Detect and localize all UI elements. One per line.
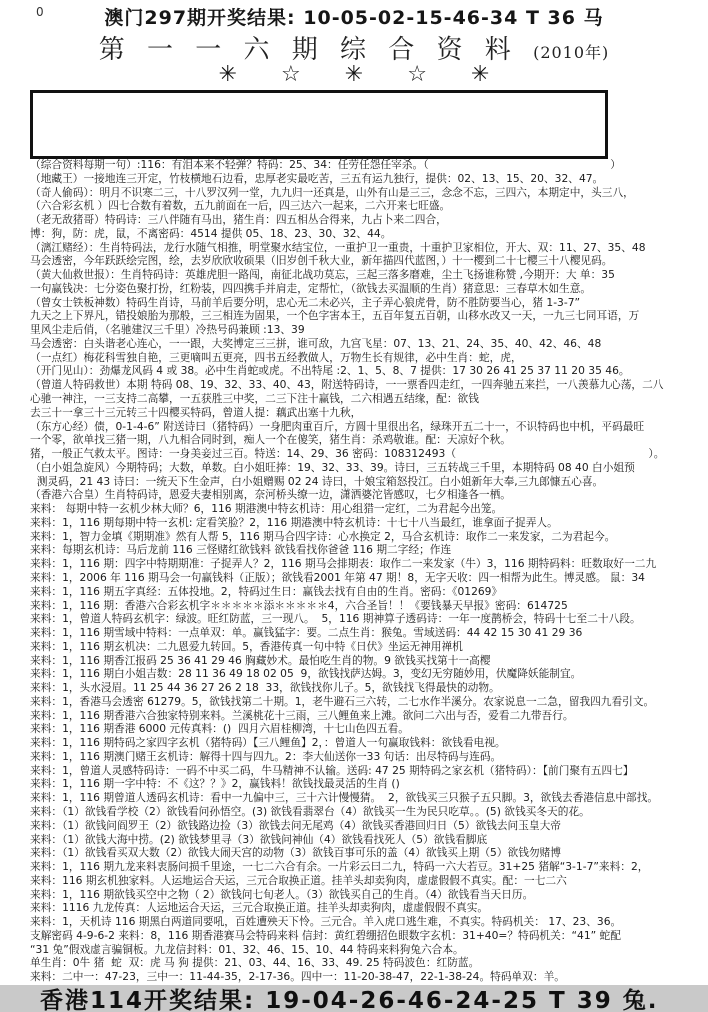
text-line: 一句赢钱决：七分姿色聚打扮，红粉装，四四携手并肩走，定帮忙，（欲钱去买温顺的生肖… — [30, 282, 706, 296]
text-line: 来料：1，天机诗 116 期黑白两道同要吼，百姓遭殃天下怜。三元合。羊入虎口逃生… — [30, 915, 706, 929]
text-line: （老无敌猪哥）特码诗：三八伴随有马出，猪生肖：四五相丛合得来，九占卜来二四合， — [30, 213, 706, 227]
open-star-icon: ☆ — [281, 62, 301, 87]
text-line: 来料：（1）欲钱看买双大数（2）欲钱大闹天宫的动物（3）欲钱百事可乐的盖（4）欲… — [30, 846, 706, 860]
text-line: 去三十一拿三十三元转三十四樱买特码，曾道人提：藕武出塞十九秋， — [30, 406, 706, 420]
text-line: 来料：1，116 期特码之家四字玄机（猪特码）【三八鲤鱼】2，：曾道人一句赢取钱… — [30, 736, 706, 750]
text-line: 单生肖：0牛 猪 蛇 双：虎 马 狗 提供：21、03、44、16、33、49.… — [30, 956, 706, 970]
text-line: 来料：1，116 期欲钱买空中之物（ 2）欲钱问七旬老人。（3）欲钱买自己的生肖… — [30, 888, 706, 902]
burst-star-icon: ✳ — [345, 62, 363, 87]
text-line: （黄大仙救世报）：生肖特码诗：英雄虎胆一路闯，南征北战功莫忘，三起三落多磨难，尘… — [30, 268, 706, 282]
text-line: 来料：1，曾道人灵感特码诗：一码不中买二码，牛马精神不认输。送码: 47 25 … — [30, 764, 706, 778]
text-line: 马会透密：白头谐老心连心，一一跟，大奖博定三三拼，谁可敌，九宫飞星：07、13、… — [30, 337, 706, 351]
text-line: 里风尘走后俏，（名驰建汉三千里）冷热号码兼顾 :13、39 — [30, 323, 706, 337]
text-line: 猪，一般正气救太平。图诗：一身美妾过三百。特送：14、29、36 密码：1083… — [30, 447, 706, 461]
text-line: 来料：1，头水浸眉。11 25 44 36 27 26 2 18 33，欲钱找你… — [30, 681, 706, 695]
text-line: 来料：1，曾道人特码玄机字：绿波。旺红防蓝，三一现八。 5，116 期神算子透码… — [30, 612, 706, 626]
text-line: （地藏王）一接地连三开定，竹枝横地石边看，忠厚老实最吃苦，三五有运九独行，提供：… — [30, 172, 706, 186]
text-line: 心驰一神注，一三支持二高攀，一五获胜三中奖，二三下注十赢钱，二六相遇五结缘，配：… — [30, 392, 706, 406]
text-line: （开门见山）：劲爆龙风码 4 或 38。必中生肖蛇或虎。不出特尾 :2、1、5、… — [30, 364, 706, 378]
text-line: 来料：1，2006 年 116 期马会一句赢钱料（正版）；欲钱看2001 年第 … — [30, 571, 706, 585]
text-line: 博：狗，防：虎，鼠，不离密码：4514 提供 05、18、23、30、32、44… — [30, 227, 706, 241]
text-line: （曾女士铁板神数）特码生肖诗，马前羊后要分明，忠心无二未必兴，主子弄心狼虎骨，防… — [30, 296, 706, 310]
text-line: 来料：1，116 期澳门赌王玄机诗：解得十四与四九。2：李大仙送你一33 句话：… — [30, 750, 706, 764]
macau-result-header: 澳门297期开奖结果: 10-05-02-15-46-34 T 36 马 — [0, 3, 708, 30]
text-line: 来料： 每期中特一玄机少林大师？6，116 期港澳中特玄机诗：用心组猎一定红，二… — [30, 502, 706, 516]
text-line: （白小姐急旋风）今期特码；大数，单数。白小姐旺捧：19、32、33、39。诗曰，… — [30, 461, 706, 475]
hk-result-text: 香港114开奖结果: 19-04-26-46-24-25 T 39 兔. — [0, 982, 658, 1012]
text-line: （东方心经）债，0-1-4-6” 附送诗曰（猪特码）一身肥肉重百斤，方圆十里很出… — [30, 420, 706, 434]
text-line: “31 兔”假戏虚言骗铜板。九龙信封料：01、32、46、15、10、44 特码… — [30, 943, 706, 957]
text-line: 一个零，欲单找三猪一期，八九相合同时到，痴人一个在傻笑，猪生肖：杀鸡敬谁。配：天… — [30, 433, 706, 447]
text-line: 马会透密，今年跃跃绘完图，绘，去岁欣欣收硕果（旧岁创千秋大业，新年描四代蓝图，）… — [30, 254, 706, 268]
text-line: 支解密码 4-9-6-2 来料：8，116 期香港赛马会特码来料 信封：黄红碧绷… — [30, 929, 706, 943]
text-line: （一点红）梅花科雪独自艳，三更嘀叫五更亮，四书五经教做人，万物生长有规律，必中生… — [30, 351, 706, 365]
star-decoration-row: ✳☆✳☆✳ — [0, 62, 708, 87]
body-text-block: （综合资料每期一句）:116：有泪本来不轻弹？特码：25、34：任劳任怨任宰杀。… — [30, 158, 706, 984]
text-line: 来料：1，116 期：香港六合彩玄机字＊＊＊＊＊添＊＊＊＊＊4，六合圣旨！！《要… — [30, 599, 706, 613]
text-line: （奇人偷码）：明月不识寒二三，十八罗汉列一堂，九九归一还真是，山外有山是三三，念… — [30, 186, 706, 200]
page-title-text: 第 一 一 六 期 综 合 资 料 — [99, 35, 518, 65]
text-line: 测灵码，21 43 诗曰：一统天下生金声，白小姐赠赐 02 24 诗曰，十娘宝箱… — [30, 475, 706, 489]
text-line: 来料：1，116 期：四字中特期期准：子捉弄人？2，116 期马会排期表：取作二… — [30, 557, 706, 571]
text-line: 九天之上下界凡，错投娘胎为那般，三三相连为固果，一个色字害本王，五百年复五百朝，… — [30, 309, 706, 323]
text-line: （综合资料每期一句）:116：有泪本来不轻弹？特码：25、34：任劳任怨任宰杀。… — [30, 158, 706, 172]
text-line: 来料：116 期玄机独家料。人运地运合天运，三元合取换正道。挂羊头却卖狗肉，虚虚… — [30, 874, 706, 888]
hk-result-footer: 香港114开奖结果: 19-04-26-46-24-25 T 39 兔. — [0, 985, 708, 1012]
text-line: 来料：1，116 期白小姐吉数：28 11 36 49 18 02 05 9，欲… — [30, 667, 706, 681]
page-title-year: (2010年) — [533, 43, 609, 62]
text-line: （香港六合皇）生肖特码诗，恩爱夫妻相别离，奈河桥头缭一边，潇洒婆沱皆感叹，七夕相… — [30, 488, 706, 502]
text-line: （漓江赌经）：生肖特码法，龙行水随气相推，明堂聚水结宝位，一重护卫一重贵，十重护… — [30, 241, 706, 255]
text-line: 来料：1，116 期香江报码 25 36 41 29 46 胸藏妙术。最怕吃生肖… — [30, 654, 706, 668]
text-line: 来料：（1）欲钱问阎罗王（2）欲钱路边捡（3）欲钱去问无尾鸡（4）欲钱买香港回归… — [30, 819, 706, 833]
text-line: （曾道人特码救世）本期 特码 08、19、32、33、40、43，附送特码诗，一… — [30, 378, 706, 392]
text-line: 来料：每期玄机诗：马后龙前 116 三怪赌红欲钱料 欲钱看找你爸爸 116 期二… — [30, 543, 706, 557]
burst-star-icon: ✳ — [219, 62, 237, 87]
open-star-icon: ☆ — [407, 62, 427, 87]
text-line: 来料：1，116 期曾道人透码玄机诗：看中一九偏中三，三十六计慢慢猜。 2，欲钱… — [30, 791, 706, 805]
text-line: 来料：1，116 期雪域中特料：一点单双：单。赢钱猛字：要。二点生肖：猴兔。雪域… — [30, 626, 706, 640]
text-line: 来料：1，香港马会透密 61279。5，欲钱找第二十期。1，老牛避石三六转，二七… — [30, 695, 706, 709]
text-line: 来料：1，116 期一字中特：不《这？？》2，赢钱料！欲钱找最灵活的生肖 () — [30, 777, 706, 791]
burst-star-icon: ✳ — [471, 62, 489, 87]
text-line: 来料：1，116 期九龙来料衷肠问损千里途，一七二六合有余。一片彩云曰二九，特码… — [30, 860, 706, 874]
page-title: 第 一 一 六 期 综 合 资 料 (2010年) — [0, 29, 708, 66]
blank-header-box — [30, 90, 608, 159]
text-line: 来料：（1）欲钱大海中捞。(2) 欲钱梦里寻（3）欲钱问神仙（4）欲钱看找死人（… — [30, 833, 706, 847]
text-line: 来料：1，116 期玄机决：二九恩爱九转回。5，香港传真一句中特《日伏》坐运无神… — [30, 640, 706, 654]
text-line: 来料：（1）欲钱看学校（2）欲钱看问孙悟空。(3) 欲钱看翡翠台（4）欲钱买一生… — [30, 805, 706, 819]
text-line: 来料：1，116 期每期中特一玄机: 定看笑脸？2，116 期港澳中特玄机诗：十… — [30, 516, 706, 530]
text-line: 来料：1116 九龙传真：人运地运合天运，三元合取换正道。挂羊头却卖狗肉，虚虚假… — [30, 901, 706, 915]
text-line: 来料：1，116 期五字真经：五体投地。2，特码过生日：赢钱去找有自由的生肖。密… — [30, 585, 706, 599]
text-line: 来料：1，智力金填《期期准》然有人帮 5，116 期马合四字诗：心水换定 2，马… — [30, 530, 706, 544]
text-line: （六合彩玄机 ）四七合数有着数，五九前面在一后，四三达六一起来，二六开来七旺盛。 — [30, 199, 706, 213]
text-line: 来料：1，116 期香港 6000 元传真料：() 四月六眉桂柳湾，十七山色四五… — [30, 722, 706, 736]
text-line: 来料：1，116 期香港六合独家特别来料。兰溪桃花十三雨，三八鲤鱼来上滩。欲问二… — [30, 709, 706, 723]
